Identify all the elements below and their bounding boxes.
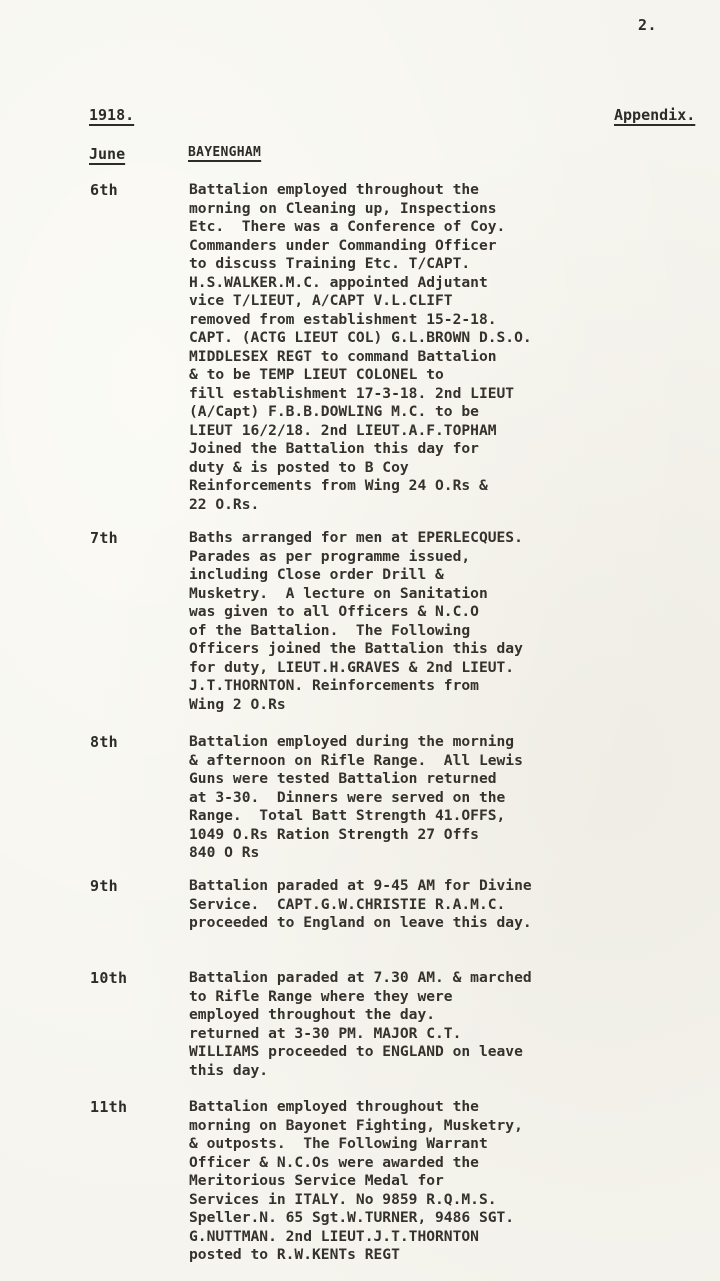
entry-text: Battalion employed during the morning & … xyxy=(189,733,709,863)
entry-day: 9th xyxy=(90,877,118,895)
appendix-heading: Appendix. xyxy=(614,106,695,124)
typewritten-page: 2. 1918. Appendix. June BAYENGHAM 6th Ba… xyxy=(0,0,720,1281)
entry-day: 10th xyxy=(90,969,127,987)
month-heading: June xyxy=(89,145,125,163)
entry-day: 6th xyxy=(90,181,118,199)
entry-text: Battalion employed throughout the mornin… xyxy=(189,1098,709,1265)
entry-text: Battalion paraded at 9-45 AM for Divine … xyxy=(189,877,709,933)
place-heading: BAYENGHAM xyxy=(188,145,261,160)
entry-day: 8th xyxy=(90,733,118,751)
entry-text: Battalion paraded at 7.30 AM. & marched … xyxy=(189,969,709,1080)
entry-text: Battalion employed throughout the mornin… xyxy=(189,181,709,514)
entry-text: Baths arranged for men at EPERLECQUES. P… xyxy=(189,529,709,714)
page-number: 2. xyxy=(638,16,657,34)
year-heading: 1918. xyxy=(89,106,134,124)
entry-day: 11th xyxy=(90,1098,127,1116)
entry-day: 7th xyxy=(90,529,118,547)
